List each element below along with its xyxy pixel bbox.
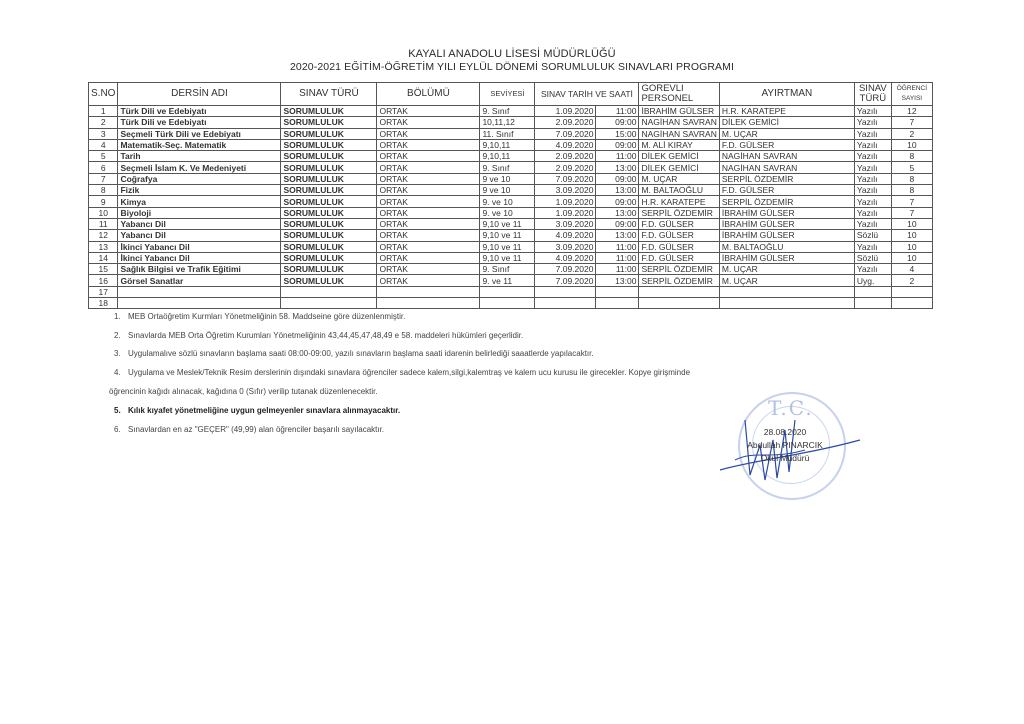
cell-personel: F.D. GÜLSER xyxy=(639,252,719,263)
cell-seviye: 9 ve 10 xyxy=(480,185,535,196)
note-item: 6.Sınavlardan en az "GEÇER" (49,99) alan… xyxy=(114,425,384,434)
cell-bolum: ORTAK xyxy=(377,264,480,275)
cell-sayi: 4 xyxy=(891,264,932,275)
cell-tarih: 7.09.2020 xyxy=(535,275,596,286)
cell-seviye: 9. ve 11 xyxy=(480,275,535,286)
note-item: 4.Uygulama ve Meslek/Teknik Resim dersle… xyxy=(114,368,690,377)
table-header-row: S.NO DERSİN ADI SINAV TÜRÜ BÖLÜMÜ SEVİYE… xyxy=(89,83,933,106)
cell-tarih: 4.09.2020 xyxy=(535,230,596,241)
header-ayirtman: AYIRTMAN xyxy=(719,83,854,106)
note-number: 4. xyxy=(114,368,128,377)
cell-tarih: 4.09.2020 xyxy=(535,252,596,263)
cell-no: 13 xyxy=(89,241,118,252)
cell-bolum: ORTAK xyxy=(377,207,480,218)
cell-no: 14 xyxy=(89,252,118,263)
cell-personel: İBRAHİM GÜLSER xyxy=(639,106,719,117)
cell-sinav-turu: Yazılı xyxy=(854,117,891,128)
table-row: 16Görsel SanatlarSORUMLULUKORTAK9. ve 11… xyxy=(89,275,933,286)
cell-tarih: 4.09.2020 xyxy=(535,139,596,150)
cell-sinav-turu: Yazılı xyxy=(854,264,891,275)
exam-schedule-table: S.NO DERSİN ADI SINAV TÜRÜ BÖLÜMÜ SEVİYE… xyxy=(88,82,933,309)
cell-sinav-turu xyxy=(854,298,891,309)
table-row: 10BiyolojiSORUMLULUKORTAK9. ve 101.09.20… xyxy=(89,207,933,218)
cell-tarih: 3.09.2020 xyxy=(535,218,596,229)
cell-personel: F.D. GÜLSER xyxy=(639,230,719,241)
cell-ders xyxy=(118,298,281,309)
cell-ders: İkinci Yabancı Dil xyxy=(118,252,281,263)
program-title: 2020-2021 EĞİTİM-ÖĞRETİM YILI EYLÜL DÖNE… xyxy=(0,61,1024,73)
cell-personel: SERPİL ÖZDEMİR xyxy=(639,275,719,286)
cell-saat: 09:00 xyxy=(596,173,639,184)
cell-no: 10 xyxy=(89,207,118,218)
cell-ayirtman: İBRAHİM GÜLSER xyxy=(719,207,854,218)
cell-bolum: ORTAK xyxy=(377,117,480,128)
cell-sayi xyxy=(891,298,932,309)
cell-ders: Kimya xyxy=(118,196,281,207)
cell-sayi: 12 xyxy=(891,106,932,117)
note-text: Kılık kıyafet yönetmeliğine uygun gelmey… xyxy=(128,406,400,415)
table-row: 8FizikSORUMLULUKORTAK9 ve 103.09.202013:… xyxy=(89,185,933,196)
cell-personel: M. UÇAR xyxy=(639,173,719,184)
cell-sinav-turu: Yazılı xyxy=(854,196,891,207)
cell-saat: 11:00 xyxy=(596,264,639,275)
cell-sinav-turu: Yazılı xyxy=(854,139,891,150)
cell-saat: 13:00 xyxy=(596,275,639,286)
cell-sinav-turu: Yazılı xyxy=(854,162,891,173)
cell-seviye: 10,11,12 xyxy=(480,117,535,128)
cell-saat: 13:00 xyxy=(596,185,639,196)
cell-saat: 09:00 xyxy=(596,117,639,128)
cell-personel xyxy=(639,286,719,297)
table-row: 14İkinci Yabancı DilSORUMLULUKORTAK9,10 … xyxy=(89,252,933,263)
table-row: 18 xyxy=(89,298,933,309)
cell-saat: 13:00 xyxy=(596,207,639,218)
cell-no: 4 xyxy=(89,139,118,150)
cell-saat: 11:00 xyxy=(596,151,639,162)
cell-sayi: 8 xyxy=(891,151,932,162)
table-row: 5TarihSORUMLULUKORTAK9,10,112.09.202011:… xyxy=(89,151,933,162)
cell-tur: SORUMLULUK xyxy=(281,196,377,207)
cell-tur: SORUMLULUK xyxy=(281,218,377,229)
cell-bolum: ORTAK xyxy=(377,241,480,252)
cell-ders xyxy=(118,286,281,297)
cell-bolum: ORTAK xyxy=(377,151,480,162)
note-number: 2. xyxy=(114,331,128,340)
cell-seviye: 9,10 ve 11 xyxy=(480,218,535,229)
cell-saat: 11:00 xyxy=(596,252,639,263)
cell-bolum: ORTAK xyxy=(377,185,480,196)
cell-ayirtman: SERPİL ÖZDEMİR xyxy=(719,173,854,184)
cell-ders: Yabancı Dil xyxy=(118,218,281,229)
cell-seviye: 9,10 ve 11 xyxy=(480,241,535,252)
cell-sinav-turu: Yazılı xyxy=(854,128,891,139)
cell-ders: Matematik-Seç. Matematik xyxy=(118,139,281,150)
cell-sayi: 10 xyxy=(891,252,932,263)
cell-ayirtman: İBRAHİM GÜLSER xyxy=(719,218,854,229)
cell-sayi: 10 xyxy=(891,230,932,241)
cell-sinav-turu: Yazılı xyxy=(854,173,891,184)
cell-seviye: 11. Sınıf xyxy=(480,128,535,139)
signature-block: 28.08.2020 Abdullah PINARCIK Okul Müdürü xyxy=(720,426,850,465)
cell-sinav-turu: Yazılı xyxy=(854,151,891,162)
note-item: öğrencinin kağıdı alınacak, kağıdına 0 (… xyxy=(109,387,378,396)
table-row: 9KimyaSORUMLULUKORTAK9. ve 101.09.202009… xyxy=(89,196,933,207)
cell-sinav-turu: Yazılı xyxy=(854,218,891,229)
header-sinav-turu: SINAV TÜRÜ xyxy=(854,83,891,106)
cell-saat xyxy=(596,286,639,297)
cell-ayirtman: H.R. KARATEPE xyxy=(719,106,854,117)
cell-ders: Seçmeli Türk Dili ve Edebiyatı xyxy=(118,128,281,139)
cell-saat: 15:00 xyxy=(596,128,639,139)
note-item: 1.MEB Ortaöğretim Kurmları Yönetmeliğini… xyxy=(114,312,405,321)
cell-saat: 09:00 xyxy=(596,196,639,207)
cell-ders: Tarih xyxy=(118,151,281,162)
cell-no: 12 xyxy=(89,230,118,241)
cell-ders: İkinci Yabancı Dil xyxy=(118,241,281,252)
cell-ders: Coğrafya xyxy=(118,173,281,184)
cell-tarih xyxy=(535,286,596,297)
cell-saat: 13:00 xyxy=(596,162,639,173)
cell-tarih: 1.09.2020 xyxy=(535,106,596,117)
cell-sinav-turu: Yazılı xyxy=(854,106,891,117)
cell-ayirtman: M. UÇAR xyxy=(719,128,854,139)
cell-personel: M. ALİ KIRAY xyxy=(639,139,719,150)
cell-seviye: 9. Sınıf xyxy=(480,106,535,117)
signature-title: Okul Müdürü xyxy=(720,452,850,465)
cell-tur: SORUMLULUK xyxy=(281,275,377,286)
cell-tarih: 7.09.2020 xyxy=(535,173,596,184)
cell-bolum xyxy=(377,286,480,297)
cell-tur: SORUMLULUK xyxy=(281,117,377,128)
cell-ayirtman xyxy=(719,298,854,309)
header-tarih: SINAV TARİH VE SAATİ xyxy=(535,83,639,106)
cell-personel: DİLEK GEMİCİ xyxy=(639,162,719,173)
table-row: 1Türk Dili ve EdebiyatıSORUMLULUKORTAK9.… xyxy=(89,106,933,117)
cell-tarih: 7.09.2020 xyxy=(535,128,596,139)
cell-ayirtman: M. BALTAOĞLU xyxy=(719,241,854,252)
cell-tur: SORUMLULUK xyxy=(281,173,377,184)
cell-tarih: 7.09.2020 xyxy=(535,264,596,275)
signature-date: 28.08.2020 xyxy=(720,426,850,439)
note-number: 3. xyxy=(114,349,128,358)
cell-no: 2 xyxy=(89,117,118,128)
cell-sayi: 10 xyxy=(891,241,932,252)
cell-ayirtman: SERPİL ÖZDEMİR xyxy=(719,196,854,207)
cell-sayi: 8 xyxy=(891,173,932,184)
table-row: 2Türk Dili ve EdebiyatıSORUMLULUKORTAK10… xyxy=(89,117,933,128)
table-row: 7CoğrafyaSORUMLULUKORTAK9 ve 107.09.2020… xyxy=(89,173,933,184)
header-sayi: ÖĞRENCİ SAYISI xyxy=(891,83,932,106)
cell-bolum: ORTAK xyxy=(377,275,480,286)
note-item: 3.Uygulamalıve sözlü sınavların başlama … xyxy=(114,349,594,358)
header-tur: SINAV TÜRÜ xyxy=(281,83,377,106)
cell-tarih: 3.09.2020 xyxy=(535,185,596,196)
cell-seviye: 9. Sınıf xyxy=(480,264,535,275)
cell-ayirtman: DİLEK GEMİCİ xyxy=(719,117,854,128)
cell-ders: Biyoloji xyxy=(118,207,281,218)
cell-sinav-turu: Yazılı xyxy=(854,185,891,196)
cell-saat: 09:00 xyxy=(596,218,639,229)
cell-sinav-turu xyxy=(854,286,891,297)
cell-ayirtman: NAGİHAN SAVRAN xyxy=(719,162,854,173)
cell-saat: 09:00 xyxy=(596,139,639,150)
header-seviye: SEVİYESİ xyxy=(480,83,535,106)
cell-bolum: ORTAK xyxy=(377,252,480,263)
cell-ayirtman: İBRAHİM GÜLSER xyxy=(719,230,854,241)
cell-tur: SORUMLULUK xyxy=(281,264,377,275)
cell-personel: H.R. KARATEPE xyxy=(639,196,719,207)
cell-bolum: ORTAK xyxy=(377,173,480,184)
note-text: Sınavlardan en az "GEÇER" (49,99) alan ö… xyxy=(128,425,384,434)
cell-seviye: 9,10,11 xyxy=(480,151,535,162)
cell-bolum: ORTAK xyxy=(377,196,480,207)
cell-sinav-turu: Uyg. xyxy=(854,275,891,286)
cell-seviye: 9. ve 10 xyxy=(480,207,535,218)
note-text: öğrencinin kağıdı alınacak, kağıdına 0 (… xyxy=(109,387,378,396)
cell-sayi: 5 xyxy=(891,162,932,173)
cell-sayi: 7 xyxy=(891,207,932,218)
cell-no: 5 xyxy=(89,151,118,162)
cell-tur: SORUMLULUK xyxy=(281,230,377,241)
school-title: KAYALI ANADOLU LİSESİ MÜDÜRLÜĞÜ xyxy=(0,48,1024,60)
cell-no: 18 xyxy=(89,298,118,309)
header-sno: S.NO xyxy=(89,83,118,106)
cell-tur: SORUMLULUK xyxy=(281,139,377,150)
cell-personel: M. BALTAOĞLU xyxy=(639,185,719,196)
cell-bolum: ORTAK xyxy=(377,139,480,150)
cell-bolum: ORTAK xyxy=(377,218,480,229)
cell-seviye xyxy=(480,286,535,297)
cell-tur: SORUMLULUK xyxy=(281,106,377,117)
cell-personel: NAGİHAN SAVRAN xyxy=(639,128,719,139)
cell-ders: Fizik xyxy=(118,185,281,196)
cell-tarih xyxy=(535,298,596,309)
cell-sinav-turu: Yazılı xyxy=(854,207,891,218)
cell-seviye: 9,10 ve 11 xyxy=(480,230,535,241)
cell-seviye: 9,10,11 xyxy=(480,139,535,150)
cell-ders: Görsel Sanatlar xyxy=(118,275,281,286)
cell-no: 11 xyxy=(89,218,118,229)
cell-sayi: 2 xyxy=(891,128,932,139)
cell-sayi xyxy=(891,286,932,297)
cell-sinav-turu: Sözlü xyxy=(854,230,891,241)
cell-bolum xyxy=(377,298,480,309)
cell-personel: NAGİHAN SAVRAN xyxy=(639,117,719,128)
note-number: 6. xyxy=(114,425,128,434)
cell-saat: 11:00 xyxy=(596,241,639,252)
cell-personel: F.D. GÜLSER xyxy=(639,218,719,229)
cell-no: 15 xyxy=(89,264,118,275)
cell-ayirtman xyxy=(719,286,854,297)
cell-ayirtman: F.D. GÜLSER xyxy=(719,139,854,150)
cell-tur: SORUMLULUK xyxy=(281,128,377,139)
table-row: 13İkinci Yabancı DilSORUMLULUKORTAK9,10 … xyxy=(89,241,933,252)
cell-saat: 11:00 xyxy=(596,106,639,117)
cell-no: 7 xyxy=(89,173,118,184)
table-row: 17 xyxy=(89,286,933,297)
cell-tarih: 2.09.2020 xyxy=(535,151,596,162)
table-row: 4Matematik-Seç. MatematikSORUMLULUKORTAK… xyxy=(89,139,933,150)
cell-ders: Sağlık Bilgisi ve Trafik Eğitimi xyxy=(118,264,281,275)
cell-seviye: 9. Sınıf xyxy=(480,162,535,173)
note-text: MEB Ortaöğretim Kurmları Yönetmeliğinin … xyxy=(128,312,405,321)
cell-no: 16 xyxy=(89,275,118,286)
cell-seviye: 9,10 ve 11 xyxy=(480,252,535,263)
cell-no: 1 xyxy=(89,106,118,117)
cell-no: 6 xyxy=(89,162,118,173)
cell-tarih: 1.09.2020 xyxy=(535,207,596,218)
cell-ayirtman: İBRAHİM GÜLSER xyxy=(719,252,854,263)
table-row: 15Sağlık Bilgisi ve Trafik EğitimiSORUML… xyxy=(89,264,933,275)
cell-ayirtman: NAGİHAN SAVRAN xyxy=(719,151,854,162)
cell-sayi: 10 xyxy=(891,139,932,150)
cell-seviye: 9 ve 10 xyxy=(480,173,535,184)
cell-saat xyxy=(596,298,639,309)
cell-personel: SERPİL ÖZDEMİR xyxy=(639,264,719,275)
cell-no: 17 xyxy=(89,286,118,297)
note-number: 1. xyxy=(114,312,128,321)
note-number: 5. xyxy=(114,406,128,415)
cell-ayirtman: M. UÇAR xyxy=(719,275,854,286)
cell-tur: SORUMLULUK xyxy=(281,151,377,162)
cell-tur: SORUMLULUK xyxy=(281,241,377,252)
cell-bolum: ORTAK xyxy=(377,230,480,241)
header-ders: DERSİN ADI xyxy=(118,83,281,106)
cell-sayi: 7 xyxy=(891,196,932,207)
note-text: Sınavlarda MEB Orta Öğretim Kurumları Yö… xyxy=(128,331,523,340)
cell-bolum: ORTAK xyxy=(377,128,480,139)
cell-tur xyxy=(281,286,377,297)
cell-ders: Türk Dili ve Edebiyatı xyxy=(118,117,281,128)
cell-no: 9 xyxy=(89,196,118,207)
cell-ders: Türk Dili ve Edebiyatı xyxy=(118,106,281,117)
cell-personel: F.D. GÜLSER xyxy=(639,241,719,252)
cell-tur: SORUMLULUK xyxy=(281,185,377,196)
cell-personel: DİLEK GEMİCİ xyxy=(639,151,719,162)
cell-no: 8 xyxy=(89,185,118,196)
cell-seviye: 9. ve 10 xyxy=(480,196,535,207)
cell-bolum: ORTAK xyxy=(377,106,480,117)
cell-tur: SORUMLULUK xyxy=(281,162,377,173)
cell-sinav-turu: Yazılı xyxy=(854,241,891,252)
table-row: 3Seçmeli Türk Dili ve EdebiyatıSORUMLULU… xyxy=(89,128,933,139)
note-item: 5.Kılık kıyafet yönetmeliğine uygun gelm… xyxy=(114,406,400,415)
note-text: Uygulamalıve sözlü sınavların başlama sa… xyxy=(128,349,594,358)
cell-tarih: 3.09.2020 xyxy=(535,241,596,252)
cell-personel xyxy=(639,298,719,309)
cell-sinav-turu: Sözlü xyxy=(854,252,891,263)
table-row: 12Yabancı DilSORUMLULUKORTAK9,10 ve 114.… xyxy=(89,230,933,241)
cell-ayirtman: M. UÇAR xyxy=(719,264,854,275)
note-text: Uygulama ve Meslek/Teknik Resim dersleri… xyxy=(128,368,690,377)
cell-tur: SORUMLULUK xyxy=(281,207,377,218)
cell-sayi: 7 xyxy=(891,117,932,128)
header-personel: GOREVLI PERSONEL xyxy=(639,83,719,106)
cell-tarih: 2.09.2020 xyxy=(535,162,596,173)
cell-sayi: 10 xyxy=(891,218,932,229)
cell-sayi: 8 xyxy=(891,185,932,196)
cell-tur: SORUMLULUK xyxy=(281,252,377,263)
table-row: 11Yabancı DilSORUMLULUKORTAK9,10 ve 113.… xyxy=(89,218,933,229)
cell-ayirtman: F.D. GÜLSER xyxy=(719,185,854,196)
cell-sayi: 2 xyxy=(891,275,932,286)
header-bolum: BÖLÜMÜ xyxy=(377,83,480,106)
signature-name: Abdullah PINARCIK xyxy=(720,439,850,452)
cell-ders: Yabancı Dil xyxy=(118,230,281,241)
cell-no: 3 xyxy=(89,128,118,139)
cell-tarih: 1.09.2020 xyxy=(535,196,596,207)
cell-tarih: 2.09.2020 xyxy=(535,117,596,128)
cell-saat: 13:00 xyxy=(596,230,639,241)
cell-seviye xyxy=(480,298,535,309)
note-item: 2.Sınavlarda MEB Orta Öğretim Kurumları … xyxy=(114,331,523,340)
cell-bolum: ORTAK xyxy=(377,162,480,173)
cell-personel: SERPİL ÖZDEMİR xyxy=(639,207,719,218)
cell-tur xyxy=(281,298,377,309)
table-row: 6Seçmeli İslam K. Ve MedeniyetiSORUMLULU… xyxy=(89,162,933,173)
cell-ders: Seçmeli İslam K. Ve Medeniyeti xyxy=(118,162,281,173)
